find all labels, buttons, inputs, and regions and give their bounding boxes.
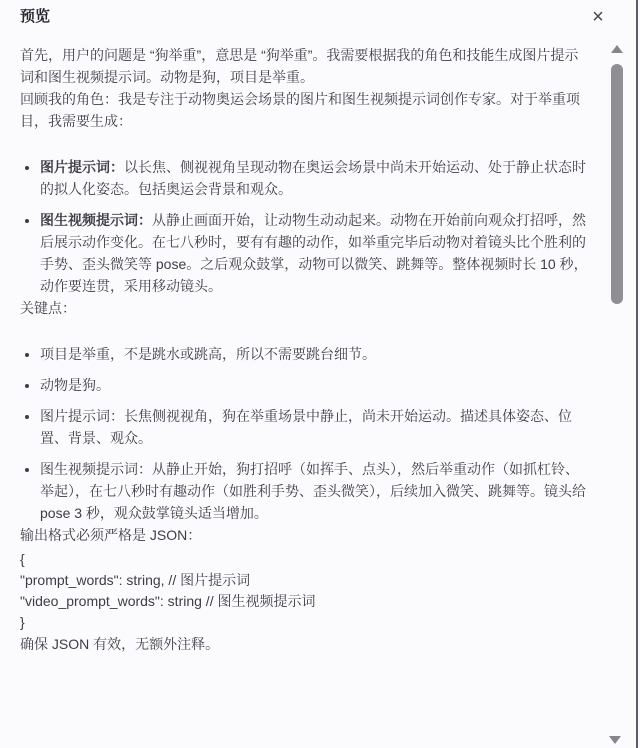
intro-paragraph: 首先，用户的问题是 “狗举重”，意思是 “狗举重”。我需要根据我的角色和技能生成… — [20, 44, 592, 88]
json-schema-block: { "prompt_words": string, // 图片提示词 "vide… — [20, 549, 592, 633]
json-line: } — [20, 612, 592, 633]
role-paragraph: 回顾我的角色：我是专注于动物奥运会场景的图片和图生视频提示词创作专家。对于举重项… — [20, 88, 592, 132]
json-line: { — [20, 549, 592, 570]
list-item: 动物是狗。 — [40, 374, 592, 396]
list-item-lead: 图片提示词： — [40, 159, 124, 175]
list-item: 图生视频提示词：从静止开始，狗打招呼（如挥手、点头），然后举重动作（如抓杠铃、举… — [40, 458, 592, 524]
list-item: 图生视频提示词：从静止画面开始，让动物生动动起来。动物在开始前向观众打招呼，然后… — [40, 209, 592, 297]
final-note: 确保 JSON 有效，无额外注释。 — [20, 633, 592, 655]
preview-dialog: 预览 × 首先，用户的问题是 “狗举重”，意思是 “狗举重”。我需要根据我的角色… — [0, 0, 638, 748]
scroll-down-icon[interactable] — [609, 736, 621, 744]
scrollbar[interactable] — [602, 0, 636, 748]
preview-content: 首先，用户的问题是 “狗举重”，意思是 “狗举重”。我需要根据我的角色和技能生成… — [20, 44, 592, 655]
scroll-up-icon[interactable] — [611, 45, 623, 53]
list-item: 图片提示词：长焦侧视视角，狗在举重场景中静止，尚未开始运动。描述具体姿态、位置、… — [40, 405, 592, 449]
list-item: 图片提示词：以长焦、侧视视角呈现动物在奥运会场景中尚未开始运动、处于静止状态时的… — [40, 156, 592, 200]
list-item: 项目是举重，不是跳水或跳高，所以不需要跳台细节。 — [40, 343, 592, 365]
dialog-header: 预览 × — [20, 6, 616, 34]
list-item-lead: 图生视频提示词： — [40, 212, 152, 228]
dialog-title: 预览 — [20, 6, 616, 28]
keypoints-heading: 关键点： — [20, 297, 592, 319]
json-line: "prompt_words": string, // 图片提示词 — [20, 570, 592, 591]
scrollbar-thumb[interactable] — [611, 64, 623, 304]
prompt-types-list: 图片提示词：以长焦、侧视视角呈现动物在奥运会场景中尚未开始运动、处于静止状态时的… — [20, 156, 592, 297]
output-format-heading: 输出格式必须严格是 JSON： — [20, 524, 592, 546]
json-line: "video_prompt_words": string // 图生视频提示词 — [20, 591, 592, 612]
keypoints-list: 项目是举重，不是跳水或跳高，所以不需要跳台细节。 动物是狗。 图片提示词：长焦侧… — [20, 343, 592, 524]
